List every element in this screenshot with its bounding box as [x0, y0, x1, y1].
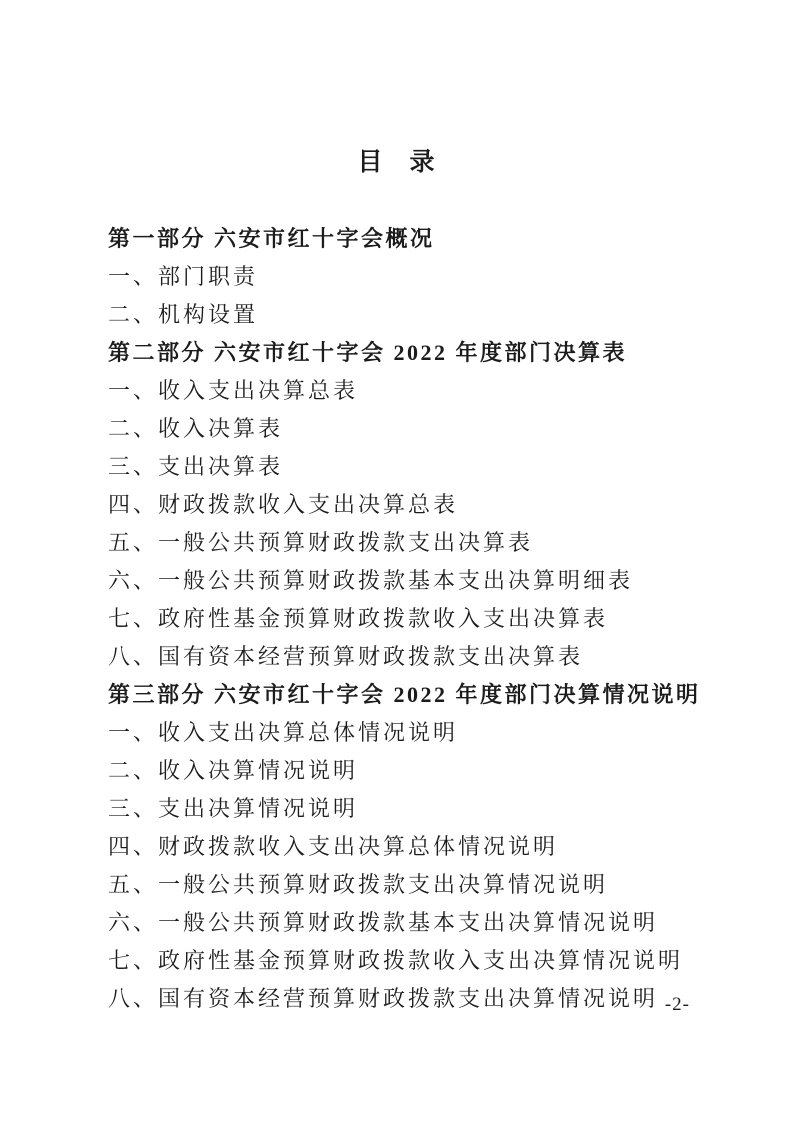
toc-item: 四、财政拨款收入支出决算总表	[108, 486, 743, 524]
toc-item: 七、政府性基金预算财政拨款收入支出决算表	[108, 600, 743, 638]
toc-item: 一、收入支出决算总表	[108, 372, 743, 410]
toc-item: 五、一般公共预算财政拨款支出决算表	[108, 524, 743, 562]
toc-item: 四、财政拨款收入支出决算总体情况说明	[108, 828, 743, 866]
toc-item: 六、一般公共预算财政拨款基本支出决算情况说明	[108, 904, 743, 942]
toc-item: 二、收入决算情况说明	[108, 752, 743, 790]
toc-section-heading: 第一部分 六安市红十字会概况	[108, 220, 743, 258]
toc-item: 三、支出决算表	[108, 448, 743, 486]
toc-section-heading: 第二部分 六安市红十字会 2022 年度部门决算表	[108, 334, 743, 372]
toc-item: 三、支出决算情况说明	[108, 790, 743, 828]
toc-item: 一、收入支出决算总体情况说明	[108, 714, 743, 752]
toc-item: 八、国有资本经营预算财政拨款支出决算情况说明	[108, 980, 743, 1018]
document-page: 目 录 第一部分 六安市红十字会概况一、部门职责二、机构设置第二部分 六安市红十…	[0, 0, 793, 1122]
page-number: -2-	[665, 993, 690, 1017]
toc-item: 一、部门职责	[108, 258, 743, 296]
toc-item: 五、一般公共预算财政拨款支出决算情况说明	[108, 866, 743, 904]
toc: 第一部分 六安市红十字会概况一、部门职责二、机构设置第二部分 六安市红十字会 2…	[108, 220, 743, 1018]
toc-section-heading: 第三部分 六安市红十字会 2022 年度部门决算情况说明	[108, 676, 743, 714]
toc-item: 二、收入决算表	[108, 410, 743, 448]
toc-item: 七、政府性基金预算财政拨款收入支出决算情况说明	[108, 942, 743, 980]
toc-item: 六、一般公共预算财政拨款基本支出决算明细表	[108, 562, 743, 600]
toc-item: 二、机构设置	[108, 296, 743, 334]
page-title: 目 录	[0, 148, 793, 178]
toc-item: 八、国有资本经营预算财政拨款支出决算表	[108, 638, 743, 676]
